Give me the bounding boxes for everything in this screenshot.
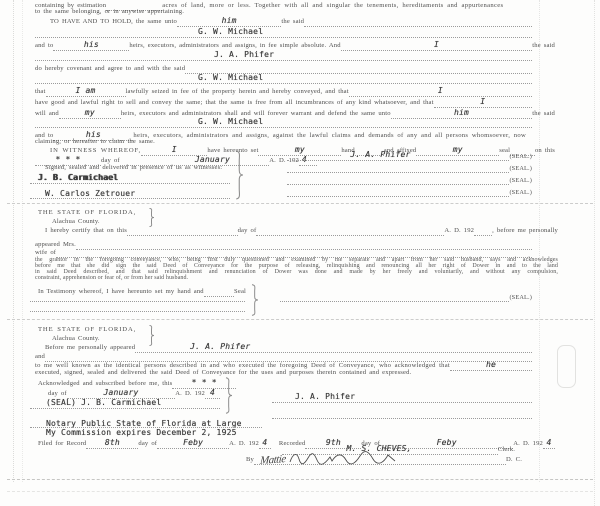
typed-entry: J. A. Phifer [214, 51, 274, 59]
page-bottom-rule [7, 491, 593, 492]
dotted-blank: him [177, 15, 281, 27]
seal-line: (SEAL.) [287, 188, 532, 197]
dotted-blank [256, 224, 444, 236]
form-text: the said [532, 43, 555, 51]
form-text: Filed for Record [38, 441, 86, 449]
form-text: I hereby certify that on this [45, 228, 127, 236]
typed-entry: Feby [183, 439, 203, 447]
right-margin-rule [539, 0, 540, 482]
curly-brace-icon [224, 377, 232, 414]
form-text: , before me personally [492, 228, 558, 236]
typed-entry: I [172, 146, 177, 154]
dotted-rule [35, 127, 532, 128]
typed-entry: 4 [546, 439, 551, 447]
typed-entry: 4 [210, 389, 215, 397]
dotted-blank: his [53, 39, 129, 51]
dotted-blank: I [341, 39, 533, 51]
form-text: will and [35, 111, 59, 119]
dotted-rule [30, 311, 245, 312]
dotted-blank: Mattie [254, 453, 506, 465]
dotted-blank: him [391, 107, 533, 119]
form-text: on this [535, 148, 555, 156]
typed-entry: G. W. Michael [198, 74, 263, 82]
dotted-rule [30, 198, 230, 199]
typed-entry: G. W. Michael [198, 118, 263, 126]
right-edge-rule [594, 0, 595, 506]
state-heading: THE STATE OF FLORIDA, [38, 327, 136, 335]
and-to-heirs-line: and to his heirs, executors, administrat… [35, 40, 555, 51]
form-text: In Testimony whereof, I have hereunto se… [38, 289, 204, 297]
dotted-rule [35, 37, 532, 38]
form-text: TO HAVE AND TO HOLD, the same unto [50, 19, 177, 27]
deputy-clerk-line: By Mattie D. C. [246, 454, 522, 465]
form-text: that [35, 89, 46, 97]
warrant-line: will and my heirs, executors and adminis… [35, 108, 555, 119]
seal-line: (SEAL.) [287, 176, 532, 185]
testimony-line: In Testimony whereof, I have hereunto se… [38, 286, 246, 297]
form-text: acres of land, more or less. Together wi… [162, 3, 503, 11]
dotted-rule [30, 183, 230, 184]
deputy-clerk-signature: Mattie [260, 453, 287, 467]
witness-caption: Signed, sealed and delivered in presence… [45, 165, 222, 173]
typed-entry: his [84, 41, 99, 49]
left-margin-rule [22, 0, 23, 482]
dotted-blank [304, 15, 532, 27]
typed-entry: G. W. Michael [198, 28, 263, 36]
dotted-blank: 8th [86, 437, 138, 449]
dotted-blank [474, 224, 492, 236]
seal-label: (SEAL.) [509, 166, 532, 173]
dotted-rule [272, 418, 532, 419]
margin-artifact [557, 345, 576, 388]
covenant-line: do hereby covenant and agree to and with… [35, 64, 532, 74]
dotted-blank: Feby [157, 437, 229, 449]
typed-entry: 8th [105, 439, 120, 447]
typed-entry: I [434, 41, 439, 49]
form-text: Seal [234, 289, 246, 297]
curly-brace-icon [250, 284, 258, 316]
commission-line: My Commission expires December 2, 1925 [46, 429, 237, 437]
by-label: By [246, 457, 254, 465]
typed-entry: my [85, 109, 95, 117]
typed-entry: * * * [55, 156, 80, 164]
seal-line: (SEAL.) [280, 293, 532, 302]
form-text: the said [281, 19, 304, 27]
seal-label: (SEAL.) [509, 178, 532, 185]
form-text: day of [238, 228, 257, 236]
typed-entry: he [486, 361, 496, 369]
typed-entry: I [480, 98, 485, 106]
section-divider [7, 319, 593, 320]
recorded-deed-page: containing by estimation acres of land, … [0, 0, 600, 506]
dotted-blank: 4 [205, 387, 220, 399]
left-margin-rule [13, 0, 14, 482]
form-text: lawfully seized in fee of the property h… [126, 89, 349, 97]
dotted-blank: my [59, 107, 121, 119]
form-text: A. D. 192 [444, 228, 474, 236]
seal-label: (SEAL.) [509, 295, 532, 302]
dotted-blank: 4 [543, 437, 555, 449]
form-text: A. D. 192 [229, 441, 259, 449]
dotted-blank: 4 [259, 437, 271, 449]
grantor-signature: J. A. Phifer [295, 393, 355, 401]
typed-entry: I am [75, 87, 95, 95]
form-text: day of [138, 441, 157, 449]
typed-entry: January [103, 389, 138, 397]
dotted-rule [272, 402, 532, 403]
seal-label: (SEAL.) [509, 190, 532, 197]
dotted-rule [30, 408, 220, 409]
notary-signature: (SEAL) J. B. Carmichael [46, 399, 161, 407]
spacer [271, 438, 279, 449]
typed-entry: I [438, 87, 443, 95]
dotted-blank: J. A. Phifer [287, 151, 509, 161]
section-divider [7, 203, 593, 204]
dotted-rule [30, 301, 245, 302]
typed-entry: J. A. Phifer [190, 343, 250, 351]
dotted-blank [127, 224, 238, 236]
dc-label: D. C. [506, 457, 522, 465]
form-text: do hereby covenant and agree to and with… [35, 66, 185, 74]
form-text: heirs, executors, administrators and ass… [133, 133, 526, 141]
witness-signature: W. Carlos Zetrouer [45, 190, 135, 198]
typed-entry: * * * [192, 379, 217, 387]
dotted-blank [287, 187, 509, 197]
form-text: and to [35, 43, 53, 51]
state-heading: THE STATE OF FLORIDA, [38, 210, 136, 218]
page-bottom-rule [7, 479, 593, 480]
dotted-rule [35, 60, 532, 61]
form-text: the said [532, 111, 555, 119]
dower-paragraph-line: constraint, apprehension or fear of, or … [35, 275, 188, 281]
form-text: A. D. 192 [513, 441, 543, 449]
dotted-blank [287, 163, 509, 173]
dotted-blank: he [450, 360, 532, 371]
typed-entry: him [454, 109, 469, 117]
dotted-blank [204, 285, 234, 297]
curly-brace-icon [234, 150, 243, 200]
certify-line: I hereby certify that on this day of A. … [45, 225, 558, 236]
seal-line: J. A. Phifer (SEAL.) [287, 152, 532, 161]
signature-flourish-icon [288, 451, 398, 466]
dotted-blank [287, 175, 509, 185]
dotted-blank [280, 292, 509, 302]
grantor-signature: J. A. Phifer [350, 151, 410, 159]
typed-entry: 4 [262, 439, 267, 447]
dotted-rule [35, 83, 532, 84]
typed-entry: him [222, 17, 237, 25]
form-text: A. D. 192 [175, 391, 205, 399]
typed-entry: January [195, 156, 230, 164]
seal-line: (SEAL.) [287, 164, 532, 173]
witness-signature: J. B. Carmichael [38, 174, 118, 182]
dotted-blank: I am [46, 85, 126, 97]
seal-label: (SEAL.) [509, 154, 532, 161]
to-have-and-hold-line: TO HAVE AND TO HOLD, the same unto him t… [50, 16, 532, 27]
